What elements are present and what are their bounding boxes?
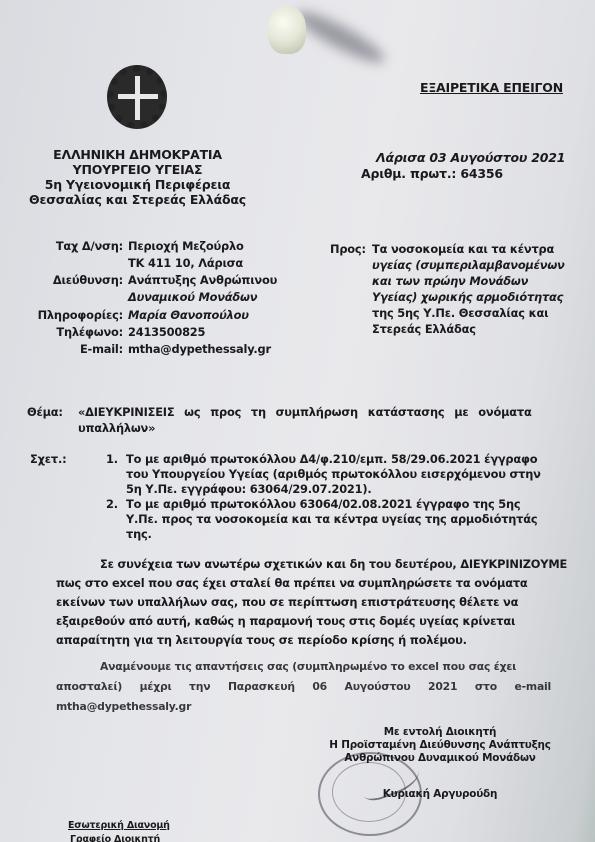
contact-label: E-mail:: [80, 342, 123, 356]
recipient-line: και των πρώην Μονάδων: [372, 274, 528, 288]
reference-line: της.: [126, 527, 152, 541]
subject-line: υπαλλήλων»: [78, 421, 155, 435]
distribution-line: Εσωτερική Διανομή: [68, 820, 170, 831]
contact-value: Δυναμικού Μονάδων: [128, 290, 257, 304]
issuer-line: Θεσσαλίας και Στερεάς Ελλάδας: [20, 192, 255, 207]
reference-number: 1.: [106, 452, 118, 466]
signature-line: Ανθρώπινου Δυναμικού Μονάδων: [300, 752, 580, 764]
reference-line: του Υπουργείου Υγείας (αριθμός πρωτοκόλλ…: [126, 467, 541, 481]
contact-label: Διεύθυνση:: [53, 273, 123, 287]
reference-line: 5η Υ.Πε. εγγράφου: 63064/29.07.2021).: [126, 482, 372, 496]
body-line: αποσταλεί) μέχρι την Παρασκευή 06 Αυγούσ…: [56, 680, 551, 693]
phone-number: 2413500825: [128, 325, 205, 339]
issuer-line: ΕΛΛΗΝΙΚΗ ΔΗΜΟΚΡΑΤΙΑ: [20, 147, 255, 162]
recipient-line: της 5ης Υ.Πε. Θεσσαλίας και: [372, 306, 548, 320]
contact-label: Πληροφορίες:: [38, 308, 123, 322]
subject-label: Θέμα:: [27, 405, 63, 419]
references-label: Σχετ.:: [30, 452, 66, 466]
pushpin-icon: [268, 6, 306, 54]
recipient-line: υγείας (συμπεριλαμβανομένων: [372, 258, 565, 272]
contact-value: Ανάπτυξης Ανθρώπινου: [128, 273, 277, 287]
issuer-line: 5η Υγειονομική Περιφέρεια: [20, 177, 255, 192]
signature-line: Με εντολή Διοικητή: [300, 726, 580, 738]
contact-value: ΤΚ 411 10, Λάρισα: [128, 256, 243, 270]
contact-label: Τηλέφωνο:: [56, 325, 123, 339]
contact-value: Περιοχή Μεζούρλο: [128, 239, 244, 253]
reference-number: 2.: [106, 497, 118, 511]
body-line: εκείνων των υπαλλήλων σας, που σε περίπτ…: [56, 595, 518, 609]
document-date: Λάρισα 03 Αυγούστου 2021: [376, 150, 565, 165]
recipient-line: Τα νοσοκομεία και τα κέντρα: [372, 242, 554, 256]
signatory-name: Κυριακή Αργυρούδη: [300, 788, 580, 800]
distribution-line: Γραφείο Διοικητή: [70, 834, 160, 842]
signature-line: Η Προϊσταμένη Διεύθυνσης Ανάπτυξης: [300, 739, 580, 751]
body-line: απαραίτητη για τη λειτουργία τους σε περ…: [56, 633, 467, 647]
contact-value: Μαρία Θανοπούλου: [128, 308, 249, 322]
reference-line: Το με αριθμό πρωτοκόλλου 63064/02.08.202…: [126, 497, 520, 511]
body-line: Αναμένουμε τις απαντήσεις σας (συμπληρωμ…: [100, 660, 516, 673]
body-line: εξαιρεθούν από αυτή, καθώς η παραμονή το…: [56, 614, 515, 628]
recipient-line: Υγείας) χωρικής αρμοδιότητας: [372, 290, 563, 304]
email-link[interactable]: mtha@dypethessaly.gr: [128, 342, 271, 356]
recipient-line: Στερεάς Ελλάδας: [372, 322, 476, 336]
body-line: Σε συνέχεια των ανωτέρω σχετικών και δη …: [100, 557, 567, 571]
reference-line: Υ.Πε. προς τα νοσοκομεία και τα κέντρα υ…: [126, 512, 537, 526]
issuer-line: ΥΠΟΥΡΓΕΙΟ ΥΓΕΙΑΣ: [20, 162, 255, 177]
email-link[interactable]: mtha@dypethessaly.gr: [56, 700, 191, 713]
contact-label: Ταχ Δ/νση:: [56, 239, 123, 253]
body-line: πως στο excel που σας έχει σταλεί θα πρέ…: [56, 576, 528, 590]
protocol-number: Αριθμ. πρωτ.: 64356: [361, 166, 503, 181]
reference-line: Το με αριθμό πρωτοκόλλου Δ4/φ.210/εμπ. 5…: [126, 452, 537, 466]
subject-line: «ΔΙΕΥΚΡΙΝΙΣΕΙΣ ως προς τη συμπλήρωση κατ…: [78, 405, 566, 419]
greek-coat-of-arms-icon: [107, 65, 167, 129]
urgency-label: ΕΞΑΙΡΕΤΙΚΑ ΕΠΕΙΓΟΝ: [420, 80, 563, 95]
recipient-label: Προς:: [330, 242, 366, 256]
